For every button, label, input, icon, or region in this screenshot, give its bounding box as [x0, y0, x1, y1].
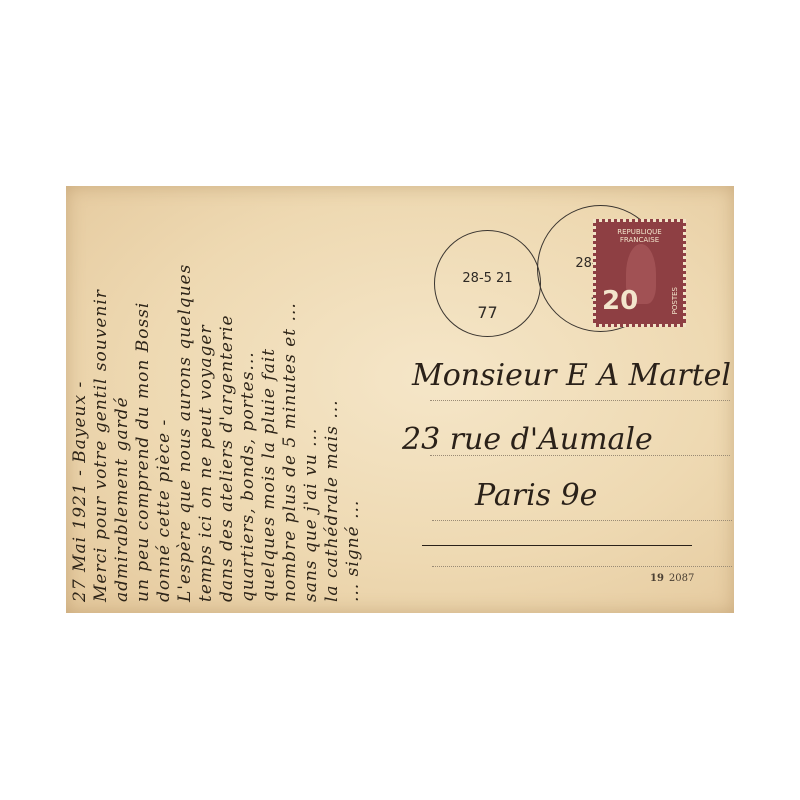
message-line: dans des ateliers d'argenterie — [217, 190, 238, 610]
message-line: un peu comprend du mon Bossi — [133, 190, 154, 610]
message-line: la cathédrale mais ... — [322, 190, 343, 610]
message-line: temps ici on ne peut voyager — [196, 190, 217, 610]
recipient-street: 23 rue d'Aumale — [402, 422, 653, 457]
postage-stamp: REPUBLIQUE FRANCAISE 20 POSTES — [593, 219, 686, 327]
message-line: 27 Mai 1921 - Bayeux - — [70, 190, 91, 610]
address-line — [432, 520, 732, 521]
address-line — [430, 400, 730, 401]
message-line: ... signé ... — [343, 190, 364, 610]
address-line — [432, 566, 732, 567]
handwritten-message: 27 Mai 1921 - Bayeux -Merci pour votre g… — [70, 190, 390, 610]
message-line: quartiers, bonds, portes... — [238, 190, 259, 610]
printer-number: 192087 — [650, 573, 694, 584]
message-line: sans que j'ai vu ... — [301, 190, 322, 610]
message-line: donné cette pièce - — [154, 190, 175, 610]
message-line: quelques mois la pluie fait — [259, 190, 280, 610]
message-line: L'espère que nous aurons quelques — [175, 190, 196, 610]
postmark-left: 28-5 21 77 — [434, 230, 541, 337]
recipient-city: Paris 9e — [475, 478, 597, 513]
message-line: Merci pour votre gentil souvenir — [91, 190, 112, 610]
address-line — [430, 455, 730, 456]
recipient-name: Monsieur E A Martel — [412, 358, 731, 393]
message-line: nombre plus de 5 minutes et ... — [280, 190, 301, 610]
underline — [422, 545, 692, 546]
message-line: admirablement gardé — [112, 190, 133, 610]
